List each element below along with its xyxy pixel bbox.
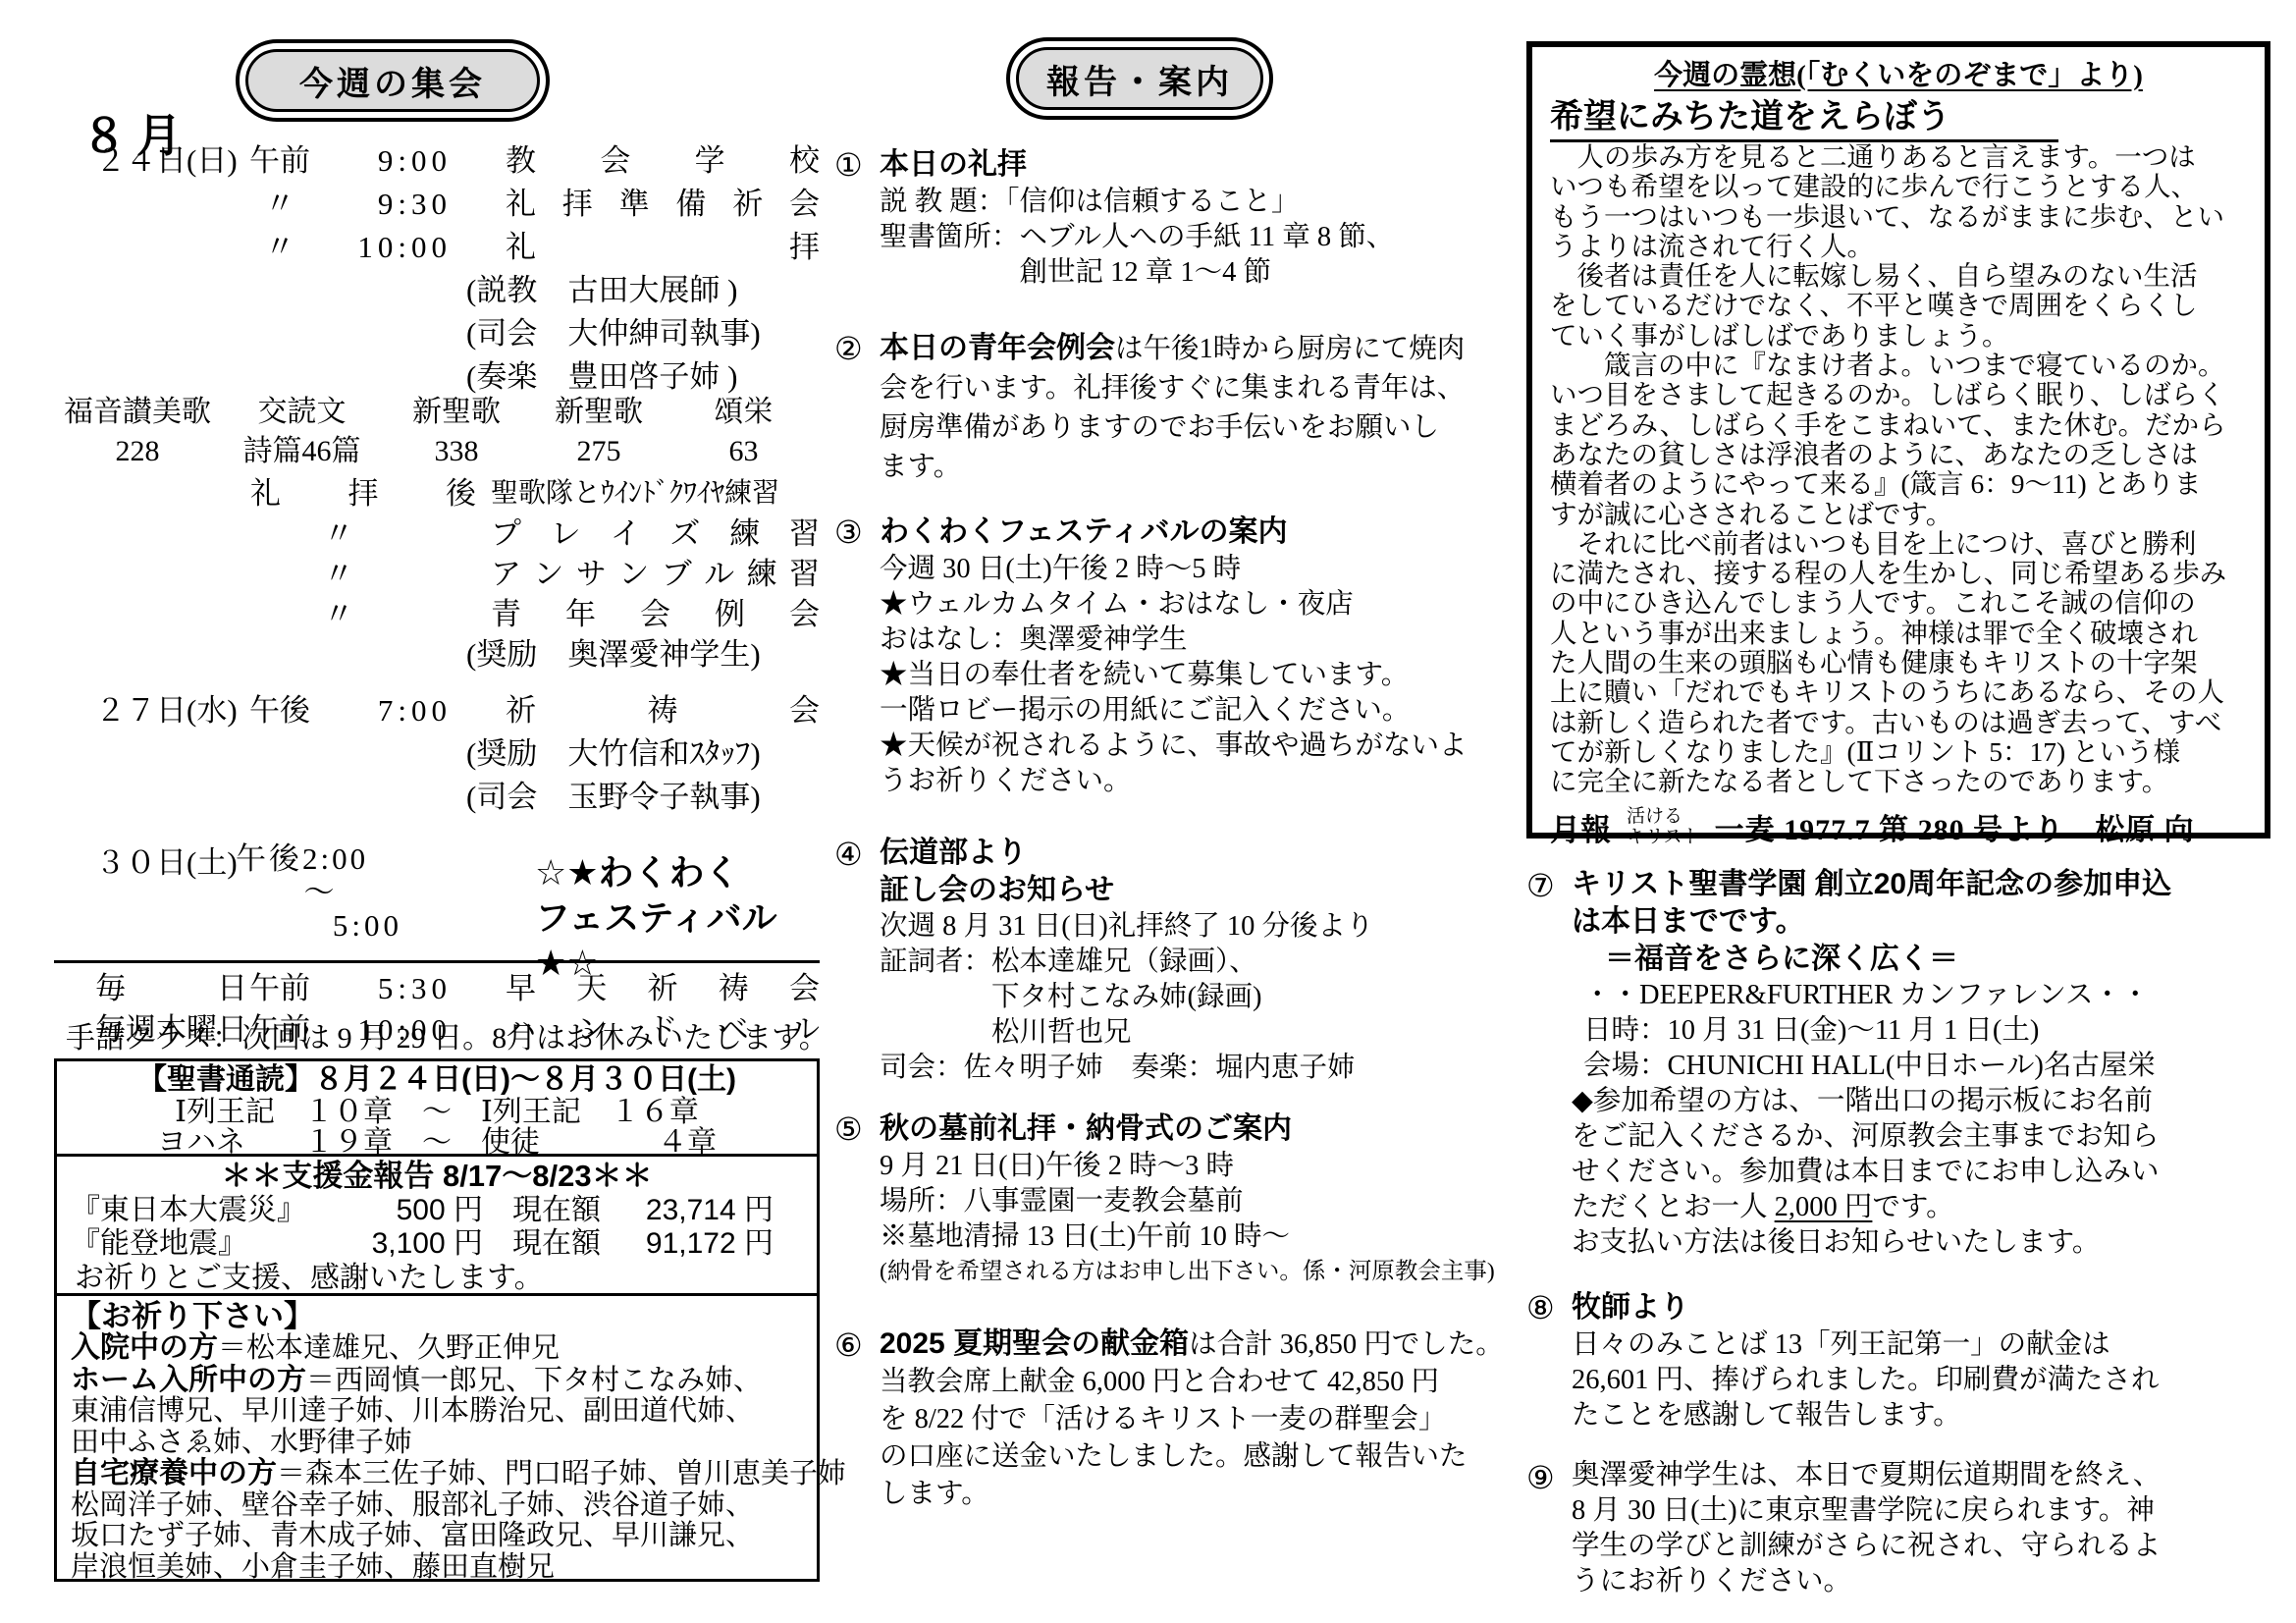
hymn-number: 275: [530, 432, 667, 471]
reflection-line: あなたの貧しさは浮浪者のように、あなたの乏しさは: [1550, 440, 2247, 469]
hymn-number: 63: [667, 432, 820, 471]
schedule-date: ２７日(水): [54, 689, 236, 732]
hymn-header: 新聖歌: [530, 393, 667, 432]
prayer-line: 田中ふさゑ姉、水野律子姉: [71, 1428, 803, 1459]
schedule-date: ２４日(日): [54, 139, 236, 183]
text-run: は合計 36,850 円でした。: [1189, 1329, 1504, 1360]
text-line: 2025 夏期聖会の献金箱は合計 36,850 円でした。: [880, 1325, 1504, 1364]
report-item-title: 牧師より: [1572, 1288, 2270, 1327]
reflection-line: 上に贖い「だれでもキリストのうちにあるなら、その人: [1550, 677, 2247, 707]
text-line: 8 月 30 日(土)に東京聖書学院に戻られます。神: [1572, 1493, 2270, 1529]
living-christ-line2: キリスト: [1627, 827, 1701, 847]
text-line: 本日の青年会例会は午後1時から厨房にて焼肉: [880, 329, 1465, 369]
text-line: 9 月 21 日(日)午後 2 時〜3 時: [880, 1149, 1495, 1184]
schedule-time: 10:00: [324, 226, 452, 269]
conference-slogan: ＝福音をさらに深く広く＝: [1572, 941, 2270, 978]
report-item-body: 本日の青年会例会は午後1時から厨房にて焼肉 会を行います。礼拝後すぐに集まれる青…: [880, 329, 1465, 487]
text-line: ◆参加希望の方は、一階出口の掲示板にお名前: [1572, 1084, 2270, 1119]
prayer-category: ホーム入所中の方: [71, 1364, 306, 1396]
reflection-line: た人間の生来の頭脳も心情も健康もキリストの十字架: [1550, 648, 2247, 677]
text-line: を 8/22 付で「活けるキリスト一麦の群聖会」: [880, 1401, 1504, 1438]
reports-pill-label: 報告・案内: [1016, 47, 1263, 110]
reflection-line: てが新しくなりました』(Ⅱコリント 5：17) という様: [1550, 737, 2247, 767]
right-column: 今週の霊想(「むくいをのぞまで」より) 希望にみちた道をえらぼう 人の歩み方を見…: [1526, 29, 2270, 1623]
circled-number: ⑥: [834, 1325, 880, 1513]
text-line: ★天候が祝されるように、事故や過ちがないよ: [880, 729, 1468, 764]
support-fund-name: 『能登地震』: [71, 1227, 355, 1261]
text-line: 場所：八事霊園一麦教会墓前: [880, 1184, 1495, 1219]
text-line: 今週 30 日(土)午後 2 時〜5 時: [880, 552, 1468, 587]
spiritual-reflection-box: 今週の霊想(「むくいをのぞまで」より) 希望にみちた道をえらぼう 人の歩み方を見…: [1526, 41, 2270, 839]
schedule-ditto-mark: 〃: [236, 226, 324, 269]
schedule-row: 〃 10:00 礼 拝: [54, 226, 820, 269]
report-item-title-line2: は本日までです。: [1572, 903, 2270, 941]
text-line: の口座に送金いたしました。感謝して報告いた: [880, 1438, 1504, 1476]
sermon-title-line: 説 教 題：「信仰は信頼すること」: [880, 185, 1448, 220]
spacer: [54, 473, 250, 514]
schedule-time: 9:00: [324, 139, 452, 183]
report-item-body: わくわくフェスティバルの案内 今週 30 日(土)午後 2 時〜5 時 ★ウェル…: [880, 513, 1468, 799]
weekly-meetings-pill: 今週の集会: [236, 39, 550, 122]
hymn-header: 新聖歌: [383, 393, 530, 432]
reflection-line: すが誠に心さされることばです。: [1550, 500, 2247, 529]
text-line: 司会：佐々明子姉 奏楽：堀内恵子姉: [880, 1051, 1448, 1086]
support-balance-amount: 91,172 円: [630, 1227, 803, 1261]
support-fund-name: 『東日本大震災』: [71, 1194, 355, 1227]
reflection-line: 人の歩み方を見ると二通りあると言えます。一つは: [1550, 142, 2247, 172]
report-item-title: 本日の礼拝: [880, 145, 1448, 185]
after-worship-event: 青 年 会 例 会: [491, 594, 820, 634]
report-item-lead: 本日の青年会例会: [880, 332, 1115, 364]
reflection-line: もう一つはいつも一歩退いて、なるがままに歩む、とい: [1550, 202, 2247, 232]
after-worship-event: 聖歌隊とｳｲﾝﾄﾞｸﾜｲﾔ練習: [491, 473, 820, 514]
text-line: 一階ロビー掲示の用紙にご記入ください。: [880, 693, 1468, 729]
scripture-line: 創世記 12 章 1〜4 節: [880, 255, 1448, 291]
text-line: お支払い方法は後日お知らせいたします。: [1572, 1225, 2270, 1261]
bible-reading-box: 【聖書通読】８月２４日(日)〜８月３０日(土) Ⅰ列王記 １０章 〜 Ⅰ列王記 …: [54, 1058, 820, 1157]
report-item-body: 本日の礼拝 説 教 題：「信仰は信頼すること」 聖書箇所：ヘブル人への手紙 11…: [880, 145, 1448, 291]
support-report-box: ＊＊支援金報告 8/17〜8/23＊＊ 『東日本大震災』 500 円 現在額 2…: [54, 1154, 820, 1296]
ditto-mark: 〃: [319, 594, 358, 634]
middle-column-reports: 報告・案内 ① 本日の礼拝 説 教 題：「信仰は信頼すること」 聖書箇所：ヘブル…: [834, 29, 1448, 1623]
prayer-names: 松岡洋子姉、壁谷幸子姉、服部礼子姉、渋谷道子姉、: [71, 1489, 754, 1521]
text-line: 会場：CHUNICHI HALL(中日ホール)名古屋栄: [1572, 1049, 2270, 1084]
reflection-line: それに比べ前者はいつも目を上につけ、喜びと勝利: [1550, 529, 2247, 559]
schedule-time: 5:30: [324, 968, 452, 1009]
prayer-category: 入院中の方: [71, 1331, 218, 1364]
schedule-date: [54, 183, 236, 226]
report-item-title: 秋の墓前礼拝・納骨式のご案内: [880, 1109, 1495, 1149]
monthly-report-label: 月報: [1550, 805, 1611, 849]
text-line: うにお祈りください。: [1572, 1564, 2270, 1599]
youth-meeting-speaker-note: (奨励 奥澤愛神学生): [54, 634, 820, 675]
text-line: 下タ村こなみ姉(録画): [880, 980, 1448, 1015]
text-line: 奥澤愛神学生は、本日で夏期伝道期間を終え、: [1572, 1458, 2270, 1493]
circled-number: ⑧: [1526, 1288, 1572, 1434]
worship-chair-note: (司会 大仲紳司執事): [54, 312, 820, 355]
schedule-date: 毎 日: [54, 968, 236, 1009]
prayer-request-box: 【お祈り下さい】 入院中の方＝松本達雄兄、久野正伸兄 ホーム入所中の方＝西岡慎一…: [54, 1293, 820, 1582]
reflection-line: 後者は責任を人に転嫁し易く、自ら望みのない生活: [1550, 261, 2247, 291]
text-line: 会を行います。礼拝後すぐに集まれる青年は、: [880, 369, 1465, 408]
text-line: 学生の学びと訓練がさらに祝され、守られるよ: [1572, 1529, 2270, 1564]
spacer: [54, 514, 319, 554]
schedule-ampm: 午前: [236, 139, 324, 183]
schedule-row: 〃 9:30 礼 拝 準 備 祈 会: [54, 183, 820, 226]
report-item-body: 牧師より 日々のみことば 13「列王記第一」の献金は 26,601 円、捧げられ…: [1572, 1288, 2270, 1434]
report-item-bible-school-anniversary: ⑦ キリスト聖書学園 創立20周年記念の参加申込 は本日までです。 ＝福音をさら…: [1526, 866, 2270, 1261]
prayer-meeting-chair-note: (司会 玉野令子執事): [54, 776, 820, 819]
after-worship-row: 〃 ア ン サ ン ブ ル 練 習: [54, 554, 820, 594]
reflection-line: をしているだけでなく、不平と嘆きで周囲をくらくし: [1550, 291, 2247, 320]
text-line: 次週 8 月 31 日(日)礼拝終了 10 分後より: [880, 909, 1448, 945]
prayer-line: 坂口たず子姉、青木成子姉、富田隆政兄、早川謙兄、: [71, 1521, 803, 1552]
reflection-line: に満たされ、接する程の人を生かし、同じ希望ある歩み: [1550, 559, 2247, 588]
ditto-mark: 〃: [319, 554, 358, 594]
report-item-body: キリスト聖書学園 創立20周年記念の参加申込 は本日までです。 ＝福音をさらに深…: [1572, 866, 2270, 1261]
text-line: ただくとお一人 2,000 円です。: [1572, 1190, 2270, 1225]
spacer: [54, 554, 319, 594]
circled-number: ④: [834, 835, 880, 1086]
text-run: は午後1時から厨房にて焼肉: [1115, 334, 1465, 364]
text-line: 日々のみことば 13「列王記第一」の献金は: [1572, 1327, 2270, 1363]
prayer-box-title: 【お祈り下さい】: [71, 1300, 803, 1332]
report-item-offering-report: ⑥ 2025 夏期聖会の献金箱は合計 36,850 円でした。 当教会席上献金 …: [834, 1325, 1448, 1513]
reflection-line: 箴言の中に『なまけ者よ。いつまで寝ているのか。: [1550, 351, 2247, 380]
reflection-line: の中にひき込んでしまう人です。これこそ誠の信仰の: [1550, 588, 2247, 618]
scripture-line: 聖書箇所：ヘブル人への手紙 11 章 8 節、: [880, 220, 1448, 255]
text-line: おはなし：奥澤愛神学生: [880, 622, 1468, 658]
reflection-source: 一麦 1977.7 第 280 号より 松原 向: [1715, 805, 2195, 848]
festival-label-line1: ☆★わくわく: [535, 850, 820, 895]
prayer-line: 松岡洋子姉、壁谷幸子姉、服部礼子姉、渋谷道子姉、: [71, 1490, 803, 1522]
schedule-date: ３０日(土): [54, 842, 236, 986]
report-item-lead: 2025 夏期聖会の献金箱: [880, 1327, 1189, 1360]
prayer-names: 東浦信博兄、早川達子姉、川本勝治兄、副田道代姉、: [71, 1395, 754, 1427]
reflection-heading: 希望にみちた道をえらぼう: [1550, 94, 2058, 142]
circled-number: ⑤: [834, 1109, 880, 1288]
reflection-line: ていく事がしばしばでありましょう。: [1550, 321, 2247, 351]
report-item-body: 2025 夏期聖会の献金箱は合計 36,850 円でした。 当教会席上献金 6,…: [880, 1325, 1504, 1513]
wednesday-schedule: ２７日(水) 午後 7:00 祈 祷 会 (奨励 大竹信和ｽﾀｯﾌ) (司会 玉…: [54, 689, 820, 819]
text-line: ★ウェルカムタイム・おはなし・夜店: [880, 587, 1468, 622]
report-item-from-pastor: ⑧ 牧師より 日々のみことば 13「列王記第一」の献金は 26,601 円、捧げ…: [1526, 1288, 2270, 1434]
text-line: 証詞者：松本達雄兄（録画）、: [880, 945, 1448, 980]
text-line: ます。: [880, 448, 1465, 487]
report-item-subtitle: 証し会のお知らせ: [880, 872, 1448, 909]
prayer-line: 岸浪恒美姉、小倉圭子姉、藤田直樹兄: [71, 1552, 803, 1584]
hymn-header: 福音讃美歌: [54, 393, 221, 432]
text-line: 日時：10 月 31 日(金)〜11 月 1 日(土): [1572, 1013, 2270, 1049]
divider-line: [54, 960, 820, 963]
report-item-todays-worship: ① 本日の礼拝 説 教 題：「信仰は信頼すること」 聖書箇所：ヘブル人への手紙 …: [834, 145, 1448, 291]
reflection-line: いつも希望を以って建設的に歩んで行こうとする人、: [1550, 172, 2247, 201]
report-item-title: 伝道部より: [880, 835, 1448, 872]
prayer-line: 入院中の方＝松本達雄兄、久野正伸兄: [71, 1332, 803, 1365]
report-item-youth-meeting: ② 本日の青年会例会は午後1時から厨房にて焼肉 会を行います。礼拝後すぐに集まれ…: [834, 329, 1448, 487]
circled-number: ②: [834, 329, 880, 487]
text-line: ・・DEEPER&FURTHER カンファレンス・・: [1572, 978, 2270, 1013]
hymn-header: 交読文: [221, 393, 383, 432]
prayer-names: 坂口たず子姉、青木成子姉、富田隆政兄、早川謙兄、: [71, 1520, 754, 1551]
participation-fee: 2,000 円: [1775, 1192, 1873, 1222]
reflection-line: 人という事が出来ましょう。神様は罪で全く破壊され: [1550, 619, 2247, 648]
text-line: します。: [880, 1476, 1504, 1513]
after-worship-row: 〃 青 年 会 例 会: [54, 594, 820, 634]
text-run: ただくとお一人: [1572, 1192, 1775, 1222]
support-balance-label: 現在額: [483, 1194, 630, 1227]
schedule-event: 祈 祷 会: [506, 689, 820, 732]
after-worship-row: 〃 プ レ イ ズ 練 習: [54, 514, 820, 554]
text-line: ★当日の奉仕者を続いて募集しています。: [880, 658, 1468, 693]
circled-number: ⑨: [1526, 1458, 1572, 1599]
support-balance-label: 現在額: [483, 1227, 630, 1261]
living-christ-label: 活ける キリスト: [1627, 806, 1701, 847]
prayer-names: ＝森本三佐子姉、門口昭子姉、曽川恵美子姉: [277, 1458, 846, 1489]
time-start: 午後2:00: [236, 842, 402, 876]
hymn-header: 頌栄: [667, 393, 820, 432]
text-line: 26,601 円、捧げられました。印刷費が満たされ: [1572, 1363, 2270, 1398]
prayer-category: 自宅療養中の方: [71, 1457, 277, 1489]
reports-pill: 報告・案内: [1006, 37, 1273, 120]
after-worship-section: 礼 拝 後 聖歌隊とｳｲﾝﾄﾞｸﾜｲﾔ練習 〃 プ レ イ ズ 練 習 〃 ア …: [54, 473, 820, 675]
sign-language-class-note: 手話クラス：次回は 9 月 29 日。8月はお休みいたします。: [66, 1019, 820, 1058]
support-report-row: 『能登地震』 3,100 円 現在額 91,172 円: [71, 1227, 803, 1261]
time-end: 5:00: [236, 909, 402, 943]
reflection-line: 横着者のようにやって来る』(箴言 6：9〜11) とありま: [1550, 469, 2247, 499]
after-worship-label: 礼 拝 後: [250, 473, 476, 514]
schedule-row: 毎 日 午前 5:30 早 天 祈 祷 会: [54, 968, 820, 1009]
festival-label: ☆★わくわく フェスティバル★☆: [535, 842, 820, 986]
circled-number: ①: [834, 145, 880, 291]
church-bulletin-page: 今週の集会 ８月 ２４日(日) 午前 9:00 教 会 学 校 〃 9:30 礼…: [0, 0, 2296, 1623]
small-note-line: (納骨を希望される方はお申し出下さい。係・河原教会主事): [880, 1255, 1495, 1288]
report-item-festival-guide: ③ わくわくフェスティバルの案内 今週 30 日(土)午後 2 時〜5 時 ★ウ…: [834, 513, 1448, 799]
reflection-line: まどろみ、しばらく手をこまねいて、また休む。だから: [1550, 410, 2247, 440]
hymn-number: 338: [383, 432, 530, 471]
left-column-weekly-meetings: 今週の集会 ８月 ２４日(日) 午前 9:00 教 会 学 校 〃 9:30 礼…: [54, 29, 820, 1623]
text-line: 当教会席上献金 6,000 円と合わせて 42,850 円: [880, 1364, 1504, 1401]
schedule-ditto-mark: 〃: [236, 183, 324, 226]
schedule-time: 7:00: [324, 689, 452, 732]
reflection-title: 今週の霊想(「むくいをのぞまで」より): [1550, 57, 2247, 94]
text-line: たことを感謝して報告します。: [1572, 1398, 2270, 1434]
schedule-event: 礼 拝: [506, 226, 820, 269]
text-run: です。: [1872, 1192, 1953, 1222]
text-line: 松川哲也兄: [880, 1015, 1448, 1051]
support-amount: 500 円: [355, 1194, 483, 1227]
support-report-title: ＊＊支援金報告 8/17〜8/23＊＊: [71, 1159, 803, 1194]
hymn-table: 福音讃美歌 交読文 新聖歌 新聖歌 頌栄 228 詩篇46篇 338 275 6…: [54, 393, 820, 471]
saturday-schedule: ３０日(土) 午後2:00 〜 5:00 ☆★わくわく フェスティバル★☆: [54, 842, 820, 986]
prayer-line: 自宅療養中の方＝森本三佐子姉、門口昭子姉、曽川恵美子姉: [71, 1458, 803, 1490]
support-thanks-note: お祈りとご支援、感謝いたします。: [71, 1261, 803, 1296]
report-item-body: 伝道部より 証し会のお知らせ 次週 8 月 31 日(日)礼拝終了 10 分後よ…: [880, 835, 1448, 1086]
report-item-body: 奥澤愛神学生は、本日で夏期伝道期間を終え、 8 月 30 日(土)に東京聖書学院…: [1572, 1458, 2270, 1599]
circled-number: ③: [834, 513, 880, 799]
bible-reading-title: 【聖書通読】８月２４日(日)〜８月３０日(土): [69, 1063, 805, 1097]
schedule-time: 9:30: [324, 183, 452, 226]
schedule-date: [54, 226, 236, 269]
schedule-event: 早 天 祈 祷 会: [506, 968, 820, 1009]
time-tilde: 〜: [236, 876, 402, 909]
report-item-title: キリスト聖書学園 創立20周年記念の参加申込: [1572, 866, 2270, 903]
hymn-value-row: 228 詩篇46篇 338 275 63: [54, 432, 820, 471]
text-line: せください。参加費は本日までにお申し込みい: [1572, 1155, 2270, 1190]
ditto-mark: 〃: [319, 514, 358, 554]
report-item-seminary-student: ⑨ 奥澤愛神学生は、本日で夏期伝道期間を終え、 8 月 30 日(土)に東京聖書…: [1526, 1458, 2270, 1599]
after-worship-row: 礼 拝 後 聖歌隊とｳｲﾝﾄﾞｸﾜｲﾔ練習: [54, 473, 820, 514]
prayer-names: ＝松本達雄兄、久野正伸兄: [218, 1332, 560, 1364]
text-line: うお祈りください。: [880, 764, 1468, 799]
hymn-number: 詩篇46篇: [221, 432, 383, 471]
schedule-event: 教 会 学 校: [506, 139, 820, 183]
reflection-line: うよりは流されて行く人。: [1550, 232, 2247, 261]
reflection-footer: 月報 活ける キリスト 一麦 1977.7 第 280 号より 松原 向: [1550, 805, 2247, 849]
report-item-body: 秋の墓前礼拝・納骨式のご案内 9 月 21 日(日)午後 2 時〜3 時 場所：…: [880, 1109, 1495, 1288]
prayer-names: 田中ふさゑ姉、水野律子姉: [71, 1427, 412, 1458]
worship-preacher-note: (説教 古田大展師 ): [54, 269, 820, 312]
hymn-header-row: 福音讃美歌 交読文 新聖歌 新聖歌 頌栄: [54, 393, 820, 432]
after-worship-event: ア ン サ ン ブ ル 練 習: [491, 554, 820, 594]
text-line: をご記入くださるか、河原教会主事までお知ら: [1572, 1119, 2270, 1155]
bible-reading-range: Ⅰ列王記 １０章 〜 Ⅰ列王記 １６章: [69, 1097, 805, 1127]
schedule-row: ２４日(日) 午前 9:00 教 会 学 校: [54, 139, 820, 183]
schedule-ampm: 午後: [236, 689, 324, 732]
prayer-meeting-speaker-note: (奨励 大竹信和ｽﾀｯﾌ): [54, 732, 820, 776]
report-item-testimony-meeting: ④ 伝道部より 証し会のお知らせ 次週 8 月 31 日(日)礼拝終了 10 分…: [834, 835, 1448, 1086]
weekly-meetings-pill-label: 今週の集会: [245, 49, 540, 112]
schedule-event: 礼 拝 準 備 祈 会: [506, 183, 820, 226]
sunday-schedule: ２４日(日) 午前 9:00 教 会 学 校 〃 9:30 礼 拝 準 備 祈 …: [54, 139, 820, 399]
support-amount: 3,100 円: [355, 1227, 483, 1261]
circled-number: ⑦: [1526, 866, 1572, 1261]
after-worship-event: プ レ イ ズ 練 習: [491, 514, 820, 554]
reflection-line: いつ目をさまして起きるのか。しばらく眠り、しばらく: [1550, 380, 2247, 409]
report-item-title: わくわくフェスティバルの案内: [880, 513, 1468, 552]
reflection-line: は新しく造られた者です。古いものは過ぎ去って、すべ: [1550, 708, 2247, 737]
prayer-line: ホーム入所中の方＝西岡慎一郎兄、下タ村こなみ姉、: [71, 1365, 803, 1397]
text-line: 厨房準備がありますのでお手伝いをお願いし: [880, 408, 1465, 448]
schedule-row: ２７日(水) 午後 7:00 祈 祷 会: [54, 689, 820, 732]
text-line: ※墓地清掃 13 日(土)午前 10 時〜: [880, 1219, 1495, 1255]
schedule-ampm: 午前: [236, 968, 324, 1009]
prayer-line: 東浦信博兄、早川達子姉、川本勝治兄、副田道代姉、: [71, 1396, 803, 1428]
prayer-names: 岸浪恒美姉、小倉圭子姉、藤田直樹兄: [71, 1551, 555, 1583]
schedule-time-range: 午後2:00 〜 5:00: [236, 842, 402, 986]
support-report-row: 『東日本大震災』 500 円 現在額 23,714 円: [71, 1194, 803, 1227]
report-item-grave-service: ⑤ 秋の墓前礼拝・納骨式のご案内 9 月 21 日(日)午後 2 時〜3 時 場…: [834, 1109, 1448, 1288]
reflection-line: に完全に新たなる者として下さったのであります。: [1550, 767, 2247, 796]
prayer-names: ＝西岡慎一郎兄、下タ村こなみ姉、: [306, 1365, 762, 1396]
reflection-title-text: 今週の霊想(「むくいをのぞまで」より): [1654, 60, 2143, 91]
living-christ-line1: 活ける: [1627, 806, 1701, 827]
hymn-number: 228: [54, 432, 221, 471]
reflection-heading-wrap: 希望にみちた道をえらぼう: [1550, 94, 2247, 142]
support-balance-amount: 23,714 円: [630, 1194, 803, 1227]
spacer: [54, 594, 319, 634]
